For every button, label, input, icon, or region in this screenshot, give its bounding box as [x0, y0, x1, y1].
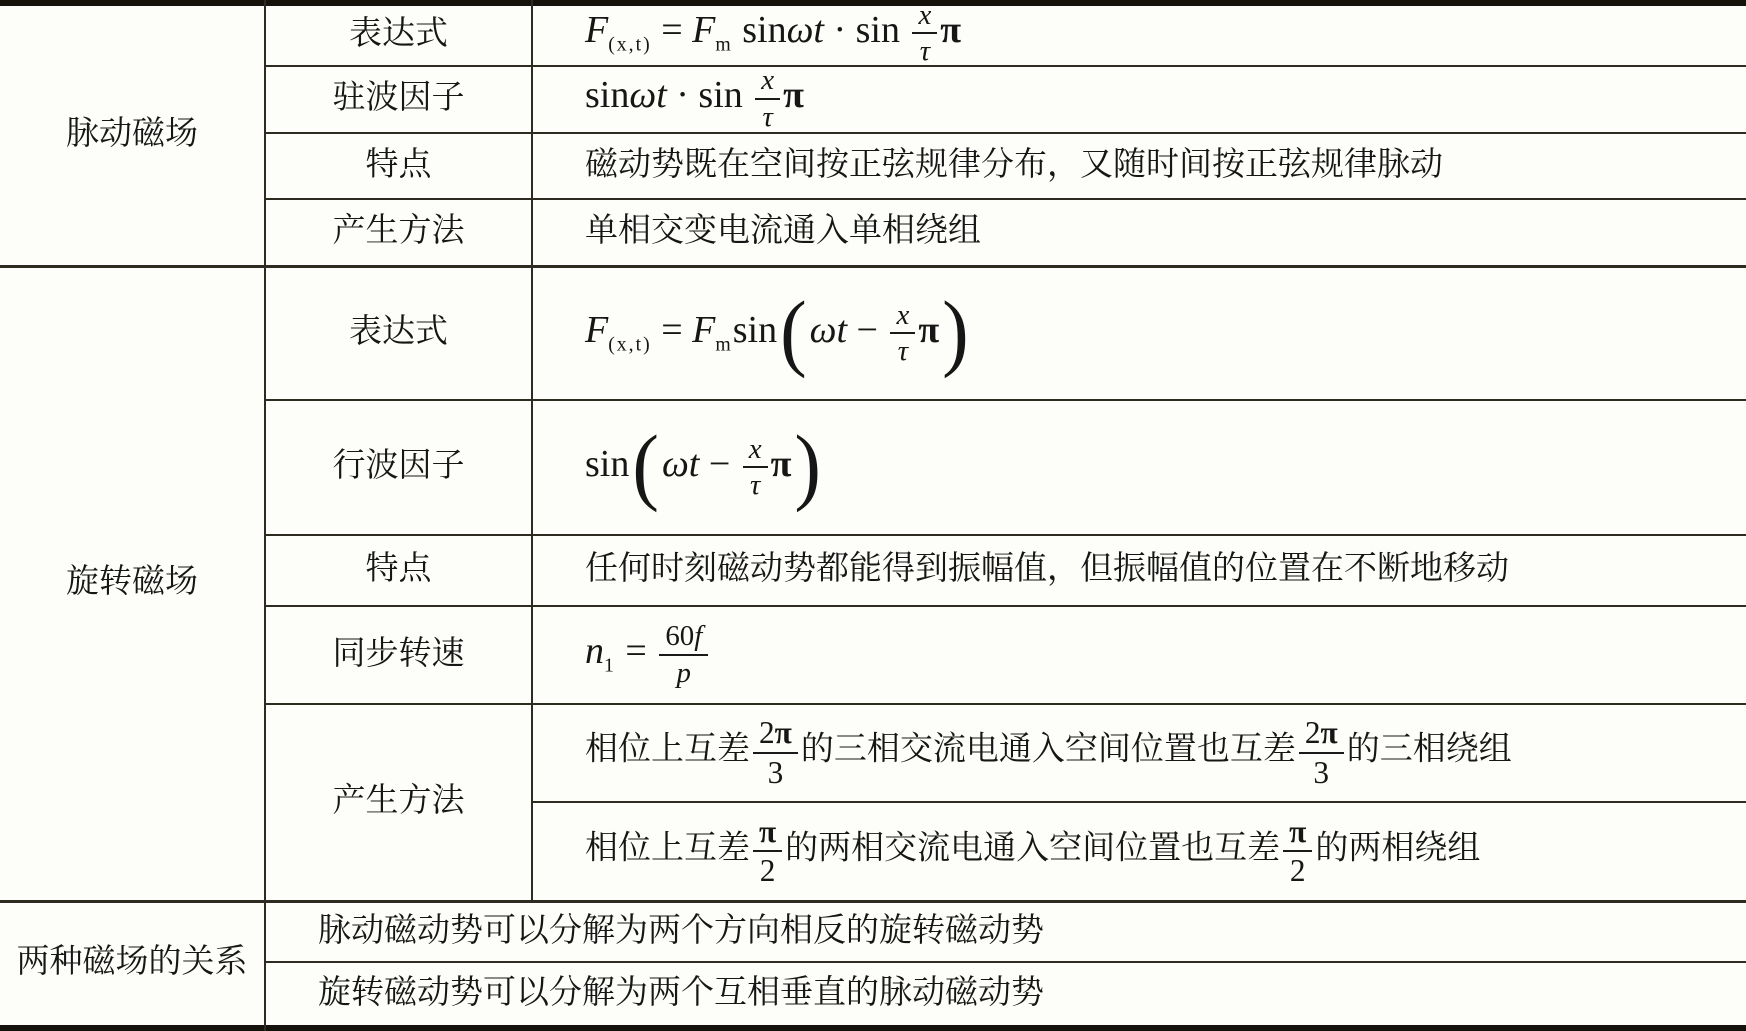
formula: 相位上互差2π3的三相交流电通入空间位置也互差2π3的三相绕组 — [585, 715, 1512, 789]
row-label-method-1: 产生方法 — [266, 200, 531, 264]
row-divider — [265, 534, 1746, 536]
magnetic-field-table: 脉动磁场 旋转磁场 两种磁场的关系 表达式 F(x,t) = Fm sinωt … — [0, 0, 1746, 1031]
row-label-feature-1: 特点 — [266, 134, 531, 197]
row-divider — [265, 132, 1746, 134]
row-divider — [265, 399, 1746, 401]
fraction: π2 — [753, 814, 782, 888]
row-label-method-2: 产生方法 — [266, 705, 531, 899]
formula: sinωt · sin xτπ — [585, 64, 804, 133]
text-rotate-feature: 任何时刻磁动势都能得到振幅值，但振幅值的位置在不断地移动 — [533, 536, 1746, 604]
fraction: 2π3 — [1299, 715, 1344, 789]
row-divider — [265, 605, 1746, 607]
text-relation-2: 旋转磁动势可以分解为两个互相垂直的脉动磁动势 — [266, 963, 1746, 1024]
formula-three-phase-method: 相位上互差2π3的三相交流电通入空间位置也互差2π3的三相绕组 — [533, 705, 1746, 800]
formula: F(x,t) = Fm sinωt · sin xτπ — [585, 0, 961, 67]
fraction: xτ — [755, 64, 780, 133]
fraction: 2π3 — [753, 715, 798, 789]
table-border-bottom — [0, 1025, 1746, 1031]
formula-rotating-expression: F(x,t) = Fmsin(ωt − xτπ) — [533, 268, 1746, 398]
formula-two-phase-method: 相位上互差π2的两相交流电通入空间位置也互差π2的两相绕组 — [533, 803, 1746, 899]
fraction: xτ — [912, 0, 937, 67]
row-label-traveling-wave-factor: 行波因子 — [266, 401, 531, 533]
text-pulse-feature: 磁动势既在空间按正弦规律分布，又随时间按正弦规律脉动 — [533, 134, 1746, 197]
column-divider-2 — [531, 0, 533, 902]
section-divider-2 — [0, 900, 1746, 903]
formula: sin(ωt − xτπ) — [585, 433, 824, 502]
row-label-standing-wave-factor: 驻波因子 — [266, 67, 531, 131]
fraction: xτ — [743, 433, 768, 502]
row-divider — [265, 65, 1746, 67]
fraction: π2 — [1283, 814, 1312, 888]
formula: n1 = 60fp — [585, 620, 711, 689]
row-label-expression-1: 表达式 — [266, 6, 531, 64]
row-divider — [265, 961, 1746, 963]
formula: 相位上互差π2的两相交流电通入空间位置也互差π2的两相绕组 — [585, 814, 1480, 888]
formula-sync-speed: n1 = 60fp — [533, 607, 1746, 702]
table-border-top — [0, 0, 1746, 6]
section-divider-1 — [0, 265, 1746, 268]
row-label-expression-2: 表达式 — [266, 268, 531, 398]
section-label-rotating-field: 旋转磁场 — [0, 268, 264, 898]
section-label-relationship: 两种磁场的关系 — [0, 903, 264, 1023]
formula-traveling-wave: sin(ωt − xτπ) — [533, 401, 1746, 533]
row-divider — [265, 703, 1746, 705]
fraction: xτ — [890, 299, 915, 368]
fraction: 60fp — [659, 620, 708, 689]
formula-pulse-expression: F(x,t) = Fm sinωt · sin xτπ — [533, 2, 1746, 64]
column-divider-1 — [264, 0, 266, 1031]
sub-row-divider — [533, 801, 1746, 803]
row-label-feature-2: 特点 — [266, 536, 531, 604]
formula: F(x,t) = Fmsin(ωt − xτπ) — [585, 299, 972, 368]
section-label-pulsating-field: 脉动磁场 — [0, 6, 264, 264]
row-divider — [265, 198, 1746, 200]
text-pulse-method: 单相交变电流通入单相绕组 — [533, 200, 1746, 264]
row-label-sync-speed: 同步转速 — [266, 607, 531, 702]
text-relation-1: 脉动磁动势可以分解为两个方向相反的旋转磁动势 — [266, 903, 1746, 960]
formula-standing-wave: sinωt · sin xτπ — [533, 66, 1746, 131]
